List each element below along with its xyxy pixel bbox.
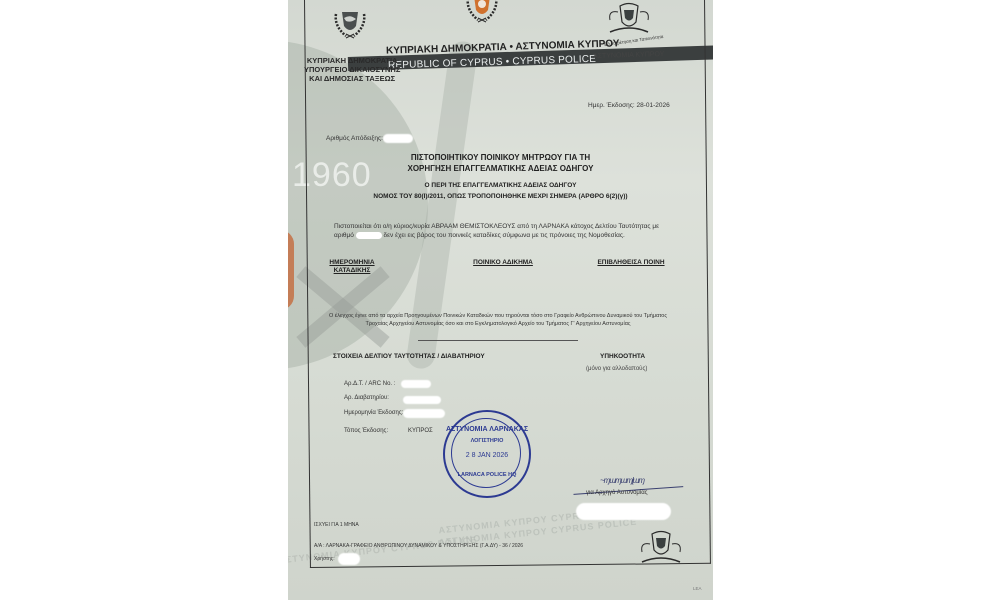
watermark-color-mark — [288, 230, 294, 310]
document-border — [304, 0, 711, 568]
certificate-document: 1960 ΑΣΤΥΝΟΜΙΑ ΚΥΠΡΟΥ CYPRUS POLICE ΑΣΤΥ… — [288, 0, 713, 600]
page-mark: LEA — [693, 586, 702, 591]
